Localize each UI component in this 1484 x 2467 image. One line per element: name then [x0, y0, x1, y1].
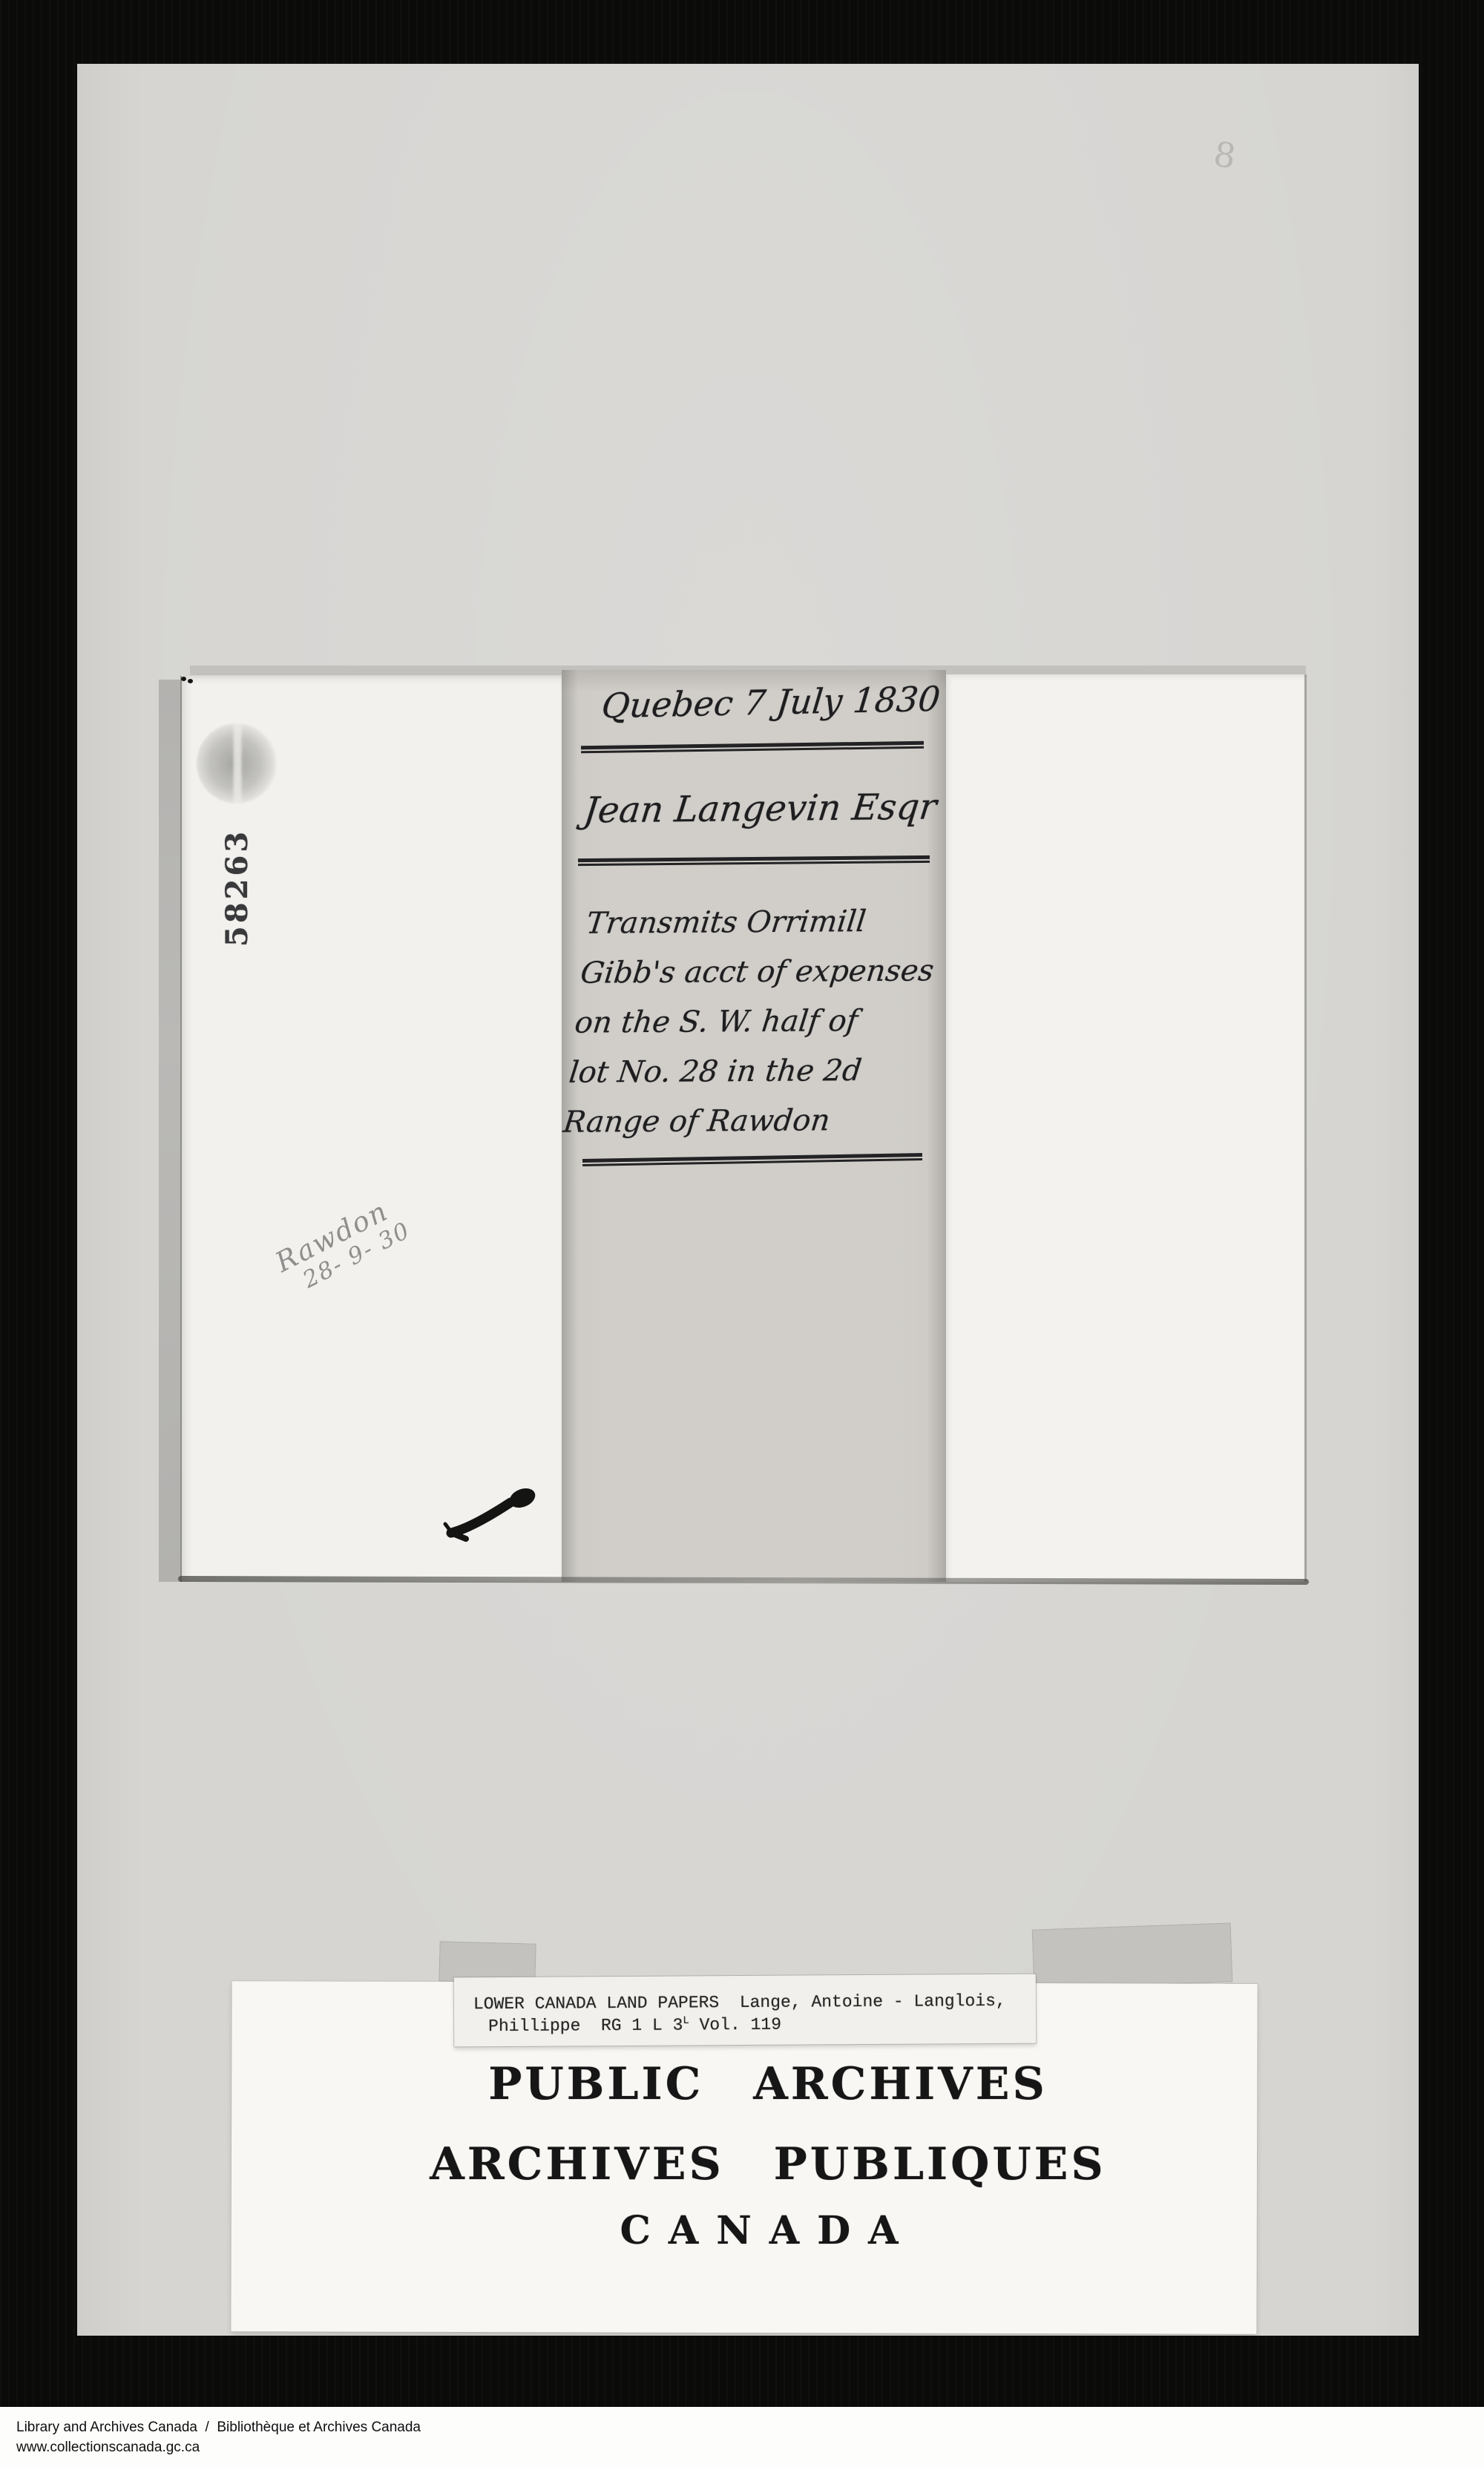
docket-addressee-line: Jean Langevin Esqr [582, 786, 939, 831]
reference-label-line2-suffix: Vol. 119 [689, 2015, 781, 2035]
docket-rule [578, 855, 930, 866]
docket-rule [581, 741, 924, 753]
docket-summary-line: Gibb's acct of expenses [578, 946, 949, 998]
docket-summary-line: on the S. W. half of [572, 996, 943, 1048]
ink-speck [181, 677, 186, 681]
docket-rule [582, 1153, 922, 1166]
archives-card-line-canada: CANADA [275, 2208, 1261, 2253]
docket-summary-line: Transmits Orrimill [583, 896, 954, 948]
embossed-seal-smudge [197, 723, 277, 804]
footer-institution-line: Library and Archives Canada / Bibliothèq… [16, 2417, 421, 2437]
docket-text-block: Quebec 7 July 1830 Jean Langevin Esqr Tr… [562, 670, 946, 1582]
envelope-right-panel [946, 674, 1307, 1582]
footer-text: Library and Archives Canada / Bibliothèq… [16, 2417, 421, 2457]
archives-card-line-en: PUBLIC ARCHIVES [275, 2058, 1261, 2110]
ink-blot [442, 1479, 546, 1545]
docket-summary-line: Range of Rawdon [560, 1095, 931, 1147]
footer: Library and Archives Canada / Bibliothèq… [0, 2407, 1484, 2467]
footer-url: www.collectionscanada.gc.ca [16, 2437, 421, 2457]
archives-card-line-fr: ARCHIVES PUBLIQUES [275, 2138, 1261, 2190]
reference-label-line1: LOWER CANADA LAND PAPERS Lange, Antoine … [454, 1990, 1036, 2016]
envelope-left-panel [180, 676, 563, 1582]
document-left-edge [159, 680, 180, 1582]
reference-label-superscript: L [683, 2015, 689, 2027]
docket-summary-line: lot No. 28 in the 2d [566, 1045, 937, 1097]
docket-summary: Transmits Orrimill Gibb's acct of expens… [560, 896, 954, 1147]
reference-label: LOWER CANADA LAND PAPERS Lange, Antoine … [454, 1974, 1037, 2047]
docket-date-line: Quebec 7 July 1830 [559, 679, 948, 727]
reference-label-line2: Phillippe RG 1 L 3L Vol. 119 [454, 2012, 1036, 2038]
reference-label-line2-prefix: Phillippe RG 1 L 3 [488, 2016, 683, 2037]
archives-card-text: PUBLIC ARCHIVES ARCHIVES PUBLIQUES CANAD… [275, 2058, 1261, 2244]
ink-speck [188, 679, 193, 683]
tape-piece [1032, 1922, 1233, 1988]
archive-number-stamp: 58263 [221, 843, 254, 947]
microfilm-frame: 58263 Rawdon 28- 9- 30 Quebec 7 July 183… [0, 0, 1484, 2467]
